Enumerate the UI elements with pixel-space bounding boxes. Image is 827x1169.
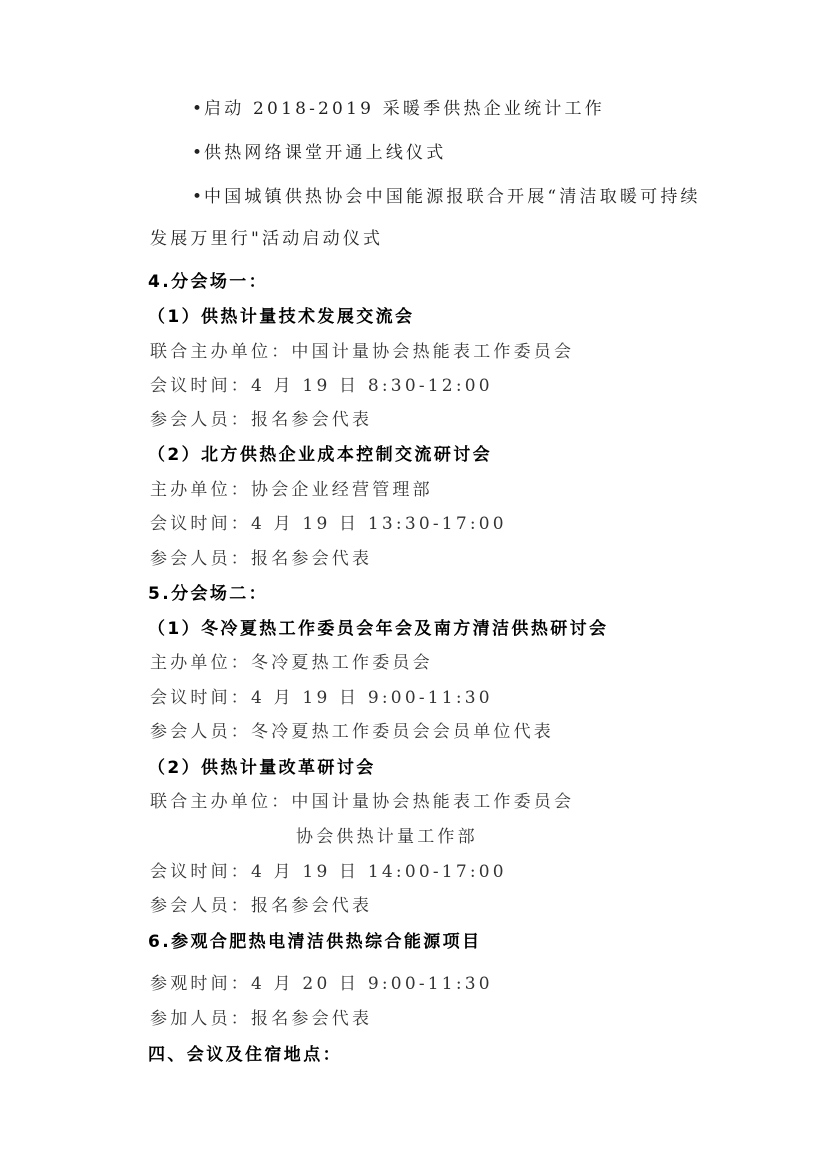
- subsection-heading: （1）供热计量技术发展交流会: [148, 305, 414, 329]
- bullet-item: •启动 2018-2019 采暖季供热企业统计工作: [192, 97, 605, 121]
- attendees-text: 参会人员：报名参会代表: [150, 894, 372, 918]
- bullet-icon: •: [192, 187, 202, 207]
- attendees-text: 参会人员：报名参会代表: [150, 547, 372, 571]
- time-text: 会议时间：4 月 19 日 14:00-17:00: [150, 860, 507, 884]
- section-heading: 5.分会场二：: [148, 582, 268, 606]
- organizer-text: 联合主办单位：中国计量协会热能表工作委员会: [150, 340, 574, 364]
- bullet-item: •中国城镇供热协会中国能源报联合开展“清洁取暖可持续: [192, 185, 701, 209]
- time-text: 会议时间：4 月 19 日 9:00-11:30: [150, 686, 493, 710]
- attendees-text: 参会人员：冬冷夏热工作委员会会员单位代表: [150, 720, 554, 744]
- subsection-heading: （1）冬冷夏热工作委员会年会及南方清洁供热研讨会: [148, 617, 608, 641]
- section-heading: 四、会议及住宿地点：: [148, 1043, 342, 1067]
- subsection-heading: （2）供热计量改革研讨会: [148, 756, 376, 780]
- attendees-text: 参会人员：报名参会代表: [150, 408, 372, 432]
- time-text: 参观时间：4 月 20 日 9:00-11:30: [150, 972, 493, 996]
- organizer-text: 主办单位：协会企业经营管理部: [150, 478, 433, 502]
- subsection-heading: （2）北方供热企业成本控制交流研讨会: [148, 443, 492, 467]
- section-heading: 4.分会场一：: [148, 270, 268, 294]
- bullet-continuation: 发展万里行"活动启动仪式: [150, 227, 383, 251]
- bullet-icon: •: [192, 99, 202, 119]
- organizer-text: 联合主办单位：中国计量协会热能表工作委员会: [150, 790, 574, 814]
- section-heading: 6.参观合肥热电清洁供热综合能源项目: [148, 930, 482, 954]
- attendees-text: 参加人员：报名参会代表: [150, 1007, 372, 1031]
- time-text: 会议时间：4 月 19 日 13:30-17:00: [150, 512, 507, 536]
- bullet-icon: •: [192, 143, 202, 163]
- bullet-item: •供热网络课堂开通上线仪式: [192, 141, 446, 165]
- time-text: 会议时间：4 月 19 日 8:30-12:00: [150, 374, 493, 398]
- organizer-continuation: 协会供热计量工作部: [296, 825, 478, 849]
- organizer-text: 主办单位：冬冷夏热工作委员会: [150, 651, 433, 675]
